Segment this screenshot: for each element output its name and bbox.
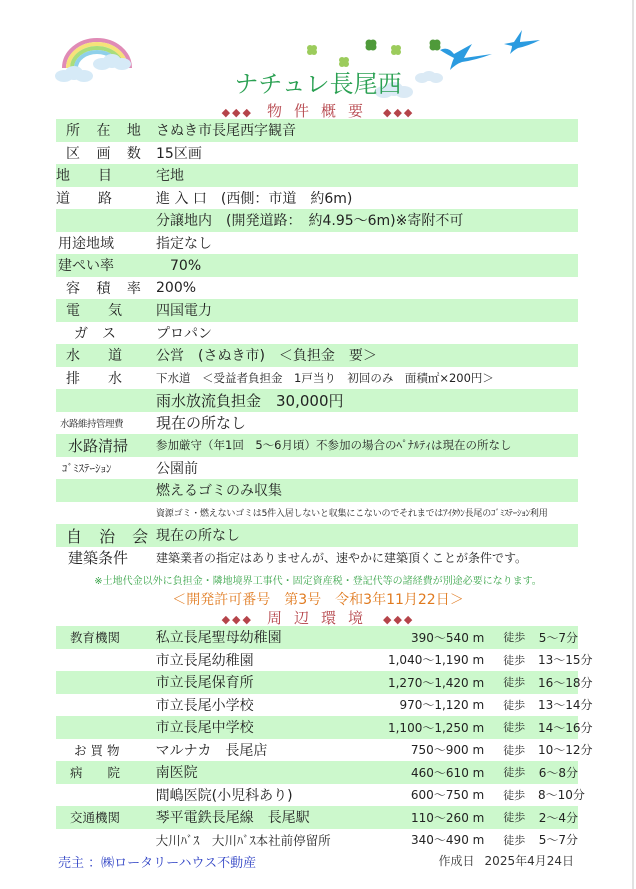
row-value: 建築業者の指定はありませんが、速やかに建築頂くことが条件です。: [156, 549, 527, 566]
distance: 600～750 m: [355, 786, 484, 803]
row-label: 建築条件: [56, 547, 156, 568]
row-label: 水路維持管理費: [56, 416, 156, 430]
row-value: 70%: [156, 255, 201, 275]
category: 教育機関: [56, 628, 156, 646]
clover-icon: [306, 44, 318, 56]
travel-time: 16～18分: [538, 674, 578, 691]
travel-mode: 徒歩: [484, 809, 538, 825]
facility-name: 南医院: [156, 762, 355, 782]
table-row: ｺﾞﾐｽﾃｰｼｮﾝ公園前: [56, 457, 578, 480]
environment-heading: ◆◆◆周辺環境◆◆◆: [0, 607, 636, 628]
diamonds-left: ◆◆◆: [222, 106, 253, 119]
bird-icon: [502, 28, 542, 56]
overview-table: 所 在 地さぬき市長尾西字観音 区 画 数15区画 地 目宅地 道 路進 入 口…: [56, 119, 578, 569]
row-label: 排 水: [56, 368, 156, 388]
row-label: 水路清掃: [56, 435, 156, 456]
diamonds-right: ◆◆◆: [383, 613, 414, 626]
facility-name: 琴平電鉄長尾線 長尾駅: [156, 807, 355, 827]
row-value: 現在の所なし: [156, 525, 240, 545]
travel-mode: 徒歩: [484, 629, 538, 645]
facility-name: マルナカ 長尾店: [156, 740, 355, 760]
row-label: 水 道: [56, 345, 156, 365]
facility-name: 間嶋医院(小児科あり): [156, 785, 355, 805]
row-label: 用途地域: [56, 233, 156, 253]
development-permit: ＜開発許可番号 第3号 令和3年11月22日＞: [0, 589, 636, 609]
category: お 買 物: [56, 741, 156, 759]
created-value: 2025年4月24日: [485, 854, 574, 868]
table-row: 電 気四国電力: [56, 299, 578, 322]
row-value: プロパン: [156, 323, 212, 343]
row-value: 現在の所なし: [156, 412, 246, 433]
facility-name: 大川ﾊﾞｽ 大川ﾊﾞｽ本社前停留所: [156, 831, 355, 849]
created-label: 作成日: [439, 854, 475, 868]
row-value: 進 入 口 (西側：市道 約6m): [156, 188, 352, 208]
table-row: 燃えるゴミのみ収集: [56, 479, 578, 502]
travel-time: 13～15分: [538, 651, 578, 668]
table-row: 用途地域指定なし: [56, 232, 578, 255]
table-row: 自 治 会現在の所なし: [56, 524, 578, 547]
travel-time: 2～4分: [538, 809, 578, 826]
overview-heading: ◆◆◆物件概要◆◆◆: [0, 100, 636, 121]
distance: 340～490 m: [355, 831, 484, 848]
facility-name: 市立長尾中学校: [156, 717, 355, 737]
table-row: 建築条件建築業者の指定はありませんが、速やかに建築頂くことが条件です。: [56, 547, 578, 570]
travel-time: 5～7分: [538, 831, 578, 848]
table-row: 間嶋医院(小児科あり)600～750 m徒歩8～10分: [56, 784, 578, 807]
table-row: 水路維持管理費現在の所なし: [56, 412, 578, 435]
diamonds-left: ◆◆◆: [222, 613, 253, 626]
category: 病 院: [56, 763, 156, 781]
travel-mode: 徒歩: [484, 742, 538, 758]
row-value: さぬき市長尾西字観音: [156, 120, 296, 140]
row-value: 指定なし: [156, 233, 212, 253]
travel-time: 5～7分: [538, 629, 578, 646]
page-edge: [632, 0, 634, 889]
distance: 970～1,120 m: [355, 696, 484, 713]
extra-cost-note: ※土地代金以外に負担金・隣地境界工事代・固定資産税・登記代等の諸経費が別途必要に…: [0, 572, 636, 587]
distance: 390～540 m: [355, 629, 484, 646]
row-value: 四国電力: [156, 300, 212, 320]
facility-name: 市立長尾保育所: [156, 672, 355, 692]
table-row: 交通機関琴平電鉄長尾線 長尾駅110～260 m徒歩2～4分: [56, 806, 578, 829]
table-row: 雨水放流負担金 30,000円: [56, 389, 578, 412]
distance: 1,100～1,250 m: [355, 719, 484, 736]
facility-name: 市立長尾幼稚園: [156, 650, 355, 670]
row-label: 自 治 会: [56, 524, 156, 547]
travel-time: 13～14分: [538, 696, 578, 713]
row-value: 15区画: [156, 143, 202, 163]
created-date: 作成日2025年4月24日: [429, 852, 574, 869]
clover-icon: [390, 44, 402, 56]
row-label: 区 画 数: [56, 143, 156, 163]
property-title: ナチュレ長尾西: [0, 64, 636, 99]
travel-mode: 徒歩: [484, 787, 538, 803]
row-label: ｺﾞﾐｽﾃｰｼｮﾝ: [56, 460, 156, 476]
table-row: 市立長尾保育所1,270～1,420 m徒歩16～18分: [56, 671, 578, 694]
table-row: 所 在 地さぬき市長尾西字観音: [56, 119, 578, 142]
table-row: 水 道公営 (さぬき市) ＜負担金 要＞: [56, 344, 578, 367]
distance: 1,270～1,420 m: [355, 674, 484, 691]
seller-name: 売主 ：㈱ロータリーハウス不動産: [58, 852, 256, 871]
table-row: 病 院南医院460～610 m徒歩6～8分: [56, 761, 578, 784]
table-row: 教育機関私立長尾聖母幼稚園390～540 m徒歩5～7分: [56, 626, 578, 649]
row-value: 公営 (さぬき市) ＜負担金 要＞: [156, 345, 377, 365]
overview-heading-text: 物件概要: [267, 102, 375, 120]
table-row: 容 積 率200%: [56, 277, 578, 300]
table-row: 水路清掃参加厳守（年1回 5～6月頃）不参加の場合のﾍﾟﾅﾙﾃｨは現在の所なし: [56, 434, 578, 457]
row-value: 公園前: [156, 458, 198, 478]
row-value: 下水道 ＜受益者負担金 1戸当り 初回のみ 面積㎡×200円＞: [156, 370, 494, 386]
row-value: 200%: [156, 280, 196, 296]
travel-time: 10～12分: [538, 741, 578, 758]
row-label: 所 在 地: [56, 120, 156, 140]
table-row: 区 画 数15区画: [56, 142, 578, 165]
table-row: 市立長尾中学校1,100～1,250 m徒歩14～16分: [56, 716, 578, 739]
row-value: 資源ゴミ・燃えないゴミは5件入居しないと収集にこないのでそれまではｱｲﾀｳﾝ長尾…: [156, 506, 548, 519]
travel-time: 14～16分: [538, 719, 578, 736]
clover-icon: [364, 38, 378, 52]
row-label: 電 気: [56, 300, 156, 320]
distance: 1,040～1,190 m: [355, 651, 484, 668]
travel-mode: 徒歩: [484, 674, 538, 690]
row-value: 雨水放流負担金 30,000円: [156, 390, 344, 411]
table-row: 資源ゴミ・燃えないゴミは5件入居しないと収集にこないのでそれまではｱｲﾀｳﾝ長尾…: [56, 502, 578, 525]
table-row: お 買 物マルナカ 長尾店750～900 m徒歩10～12分: [56, 739, 578, 762]
travel-time: 8～10分: [538, 786, 578, 803]
travel-mode: 徒歩: [484, 764, 538, 780]
distance: 750～900 m: [355, 741, 484, 758]
table-row: ガ スプロパン: [56, 322, 578, 345]
table-row: 地 目宅地: [56, 164, 578, 187]
table-row: 建ぺい率 70%: [56, 254, 578, 277]
environment-table: 教育機関私立長尾聖母幼稚園390～540 m徒歩5～7分 市立長尾幼稚園1,04…: [56, 626, 578, 851]
distance: 110～260 m: [355, 809, 484, 826]
row-label: 建ぺい率: [56, 255, 156, 275]
facility-name: 市立長尾小学校: [156, 695, 355, 715]
diamonds-right: ◆◆◆: [383, 106, 414, 119]
row-label: 地 目: [56, 165, 156, 185]
travel-mode: 徒歩: [484, 719, 538, 735]
travel-time: 6～8分: [538, 764, 578, 781]
travel-mode: 徒歩: [484, 832, 538, 848]
table-row: 分譲地内 (開発道路： 約4.95～6m)※寄附不可: [56, 209, 578, 232]
travel-mode: 徒歩: [484, 697, 538, 713]
travel-mode: 徒歩: [484, 652, 538, 668]
row-label: 容 積 率: [56, 278, 156, 298]
distance: 460～610 m: [355, 764, 484, 781]
table-row: 排 水下水道 ＜受益者負担金 1戸当り 初回のみ 面積㎡×200円＞: [56, 367, 578, 390]
row-value: 燃えるゴミのみ収集: [156, 480, 282, 500]
table-row: 市立長尾小学校970～1,120 m徒歩13～14分: [56, 694, 578, 717]
row-value: 分譲地内 (開発道路： 約4.95～6m)※寄附不可: [156, 210, 463, 230]
table-row: 道 路進 入 口 (西側：市道 約6m): [56, 187, 578, 210]
category: 交通機関: [56, 808, 156, 826]
row-value: 参加厳守（年1回 5～6月頃）不参加の場合のﾍﾟﾅﾙﾃｨは現在の所なし: [156, 437, 511, 453]
facility-name: 私立長尾聖母幼稚園: [156, 627, 355, 647]
row-label: 道 路: [56, 188, 156, 208]
table-row: 市立長尾幼稚園1,040～1,190 m徒歩13～15分: [56, 649, 578, 672]
table-row: 大川ﾊﾞｽ 大川ﾊﾞｽ本社前停留所340～490 m徒歩5～7分: [56, 829, 578, 852]
row-label: ガ ス: [56, 323, 156, 343]
environment-heading-text: 周辺環境: [267, 609, 375, 627]
row-value: 宅地: [156, 165, 184, 185]
